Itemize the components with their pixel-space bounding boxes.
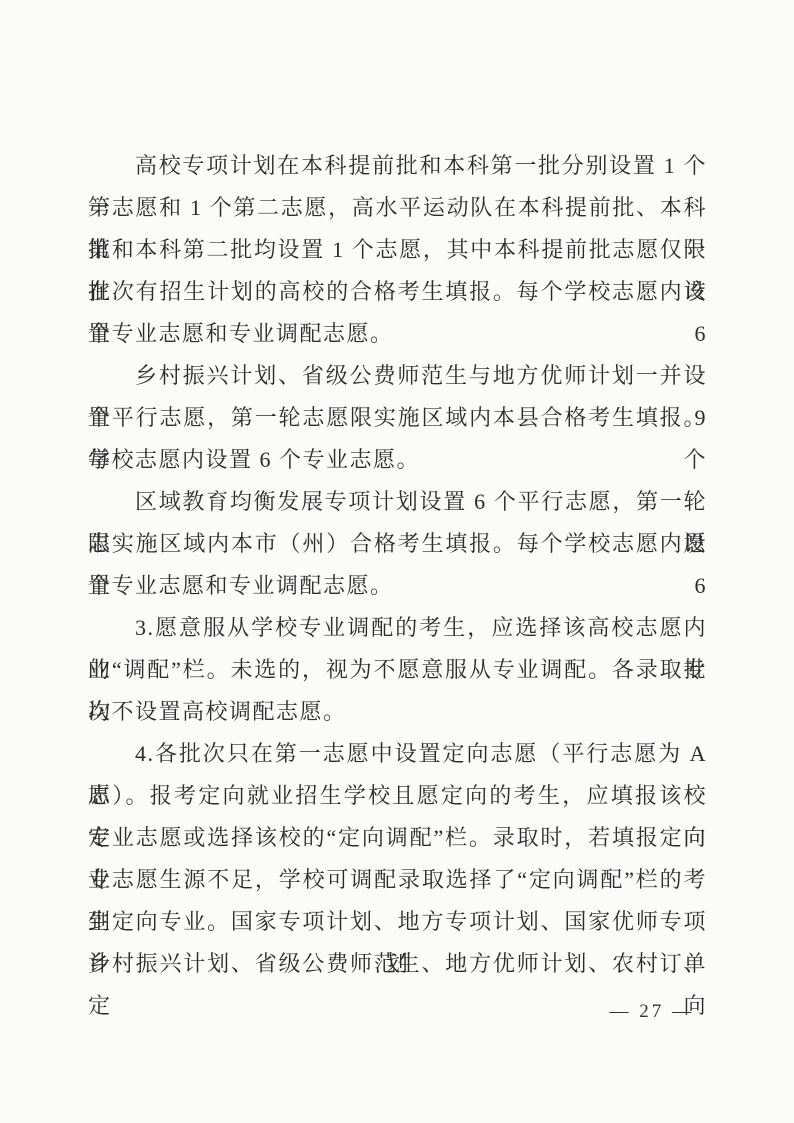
text-line: 高校专项计划在本科提前批和本科第一批分别设置 1 个第 (88, 145, 707, 187)
text-line: 3.愿意服从学校专业调配的考生，应选择该高校志愿内的专 (88, 607, 707, 649)
text-line: 到定向专业。国家专项计划、地方专项计划、国家优师专项计划、 (88, 901, 707, 943)
text-line: 批次有招生计划的高校的合格考生填报。每个学校志愿内设置 6 (88, 271, 707, 313)
paragraph: 高校专项计划在本科提前批和本科第一批分别设置 1 个第 一志愿和 1 个第二志愿… (88, 145, 707, 355)
text-line: 批和本科第二批均设置 1 个志愿，其中本科提前批志愿仅限在该 (88, 229, 707, 271)
text-line: 4.各批次只在第一志愿中设置定向志愿（平行志愿为 A 志 (88, 733, 707, 775)
page-number: — 27 — (610, 998, 695, 1026)
text-line: 愿）。报考定向就业招生学校且愿定向的考生，应填报该校定向 (88, 775, 707, 817)
text-line: 区域教育均衡发展专项计划设置 6 个平行志愿，第一轮志愿 (88, 481, 707, 523)
paragraph: 区域教育均衡发展专项计划设置 6 个平行志愿，第一轮志愿 限实施区域内本市（州）… (88, 481, 707, 607)
text-line: 业志愿生源不足，学校可调配录取选择了“定向调配”栏的考生 (88, 859, 707, 901)
text-line: 专业志愿或选择该校的“定向调配”栏。录取时，若填报定向专 (88, 817, 707, 859)
text-line: 业“调配”栏。未选的，视为不愿意服从专业调配。各录取批次 (88, 649, 707, 691)
text-line: 个平行志愿，第一轮志愿限实施区域内本县合格考生填报。每个 (88, 397, 707, 439)
paragraph: 3.愿意服从学校专业调配的考生，应选择该高校志愿内的专 业“调配”栏。未选的，视… (88, 607, 707, 733)
text-line: 乡村振兴计划、省级公费师范生、地方优师计划、农村订单定向 (88, 943, 707, 985)
text-line: 均不设置高校调配志愿。 (88, 691, 707, 733)
paragraph: 4.各批次只在第一志愿中设置定向志愿（平行志愿为 A 志 愿）。报考定向就业招生… (88, 733, 707, 985)
paragraph: 乡村振兴计划、省级公费师范生与地方优师计划一并设置 9 个平行志愿，第一轮志愿限… (88, 355, 707, 481)
document-body: 高校专项计划在本科提前批和本科第一批分别设置 1 个第 一志愿和 1 个第二志愿… (88, 145, 707, 985)
document-page: 高校专项计划在本科提前批和本科第一批分别设置 1 个第 一志愿和 1 个第二志愿… (0, 0, 794, 1123)
text-line: 一志愿和 1 个第二志愿，高水平运动队在本科提前批、本科第一 (88, 187, 707, 229)
text-line: 乡村振兴计划、省级公费师范生与地方优师计划一并设置 9 (88, 355, 707, 397)
text-line: 限实施区域内本市（州）合格考生填报。每个学校志愿内设置 6 (88, 523, 707, 565)
